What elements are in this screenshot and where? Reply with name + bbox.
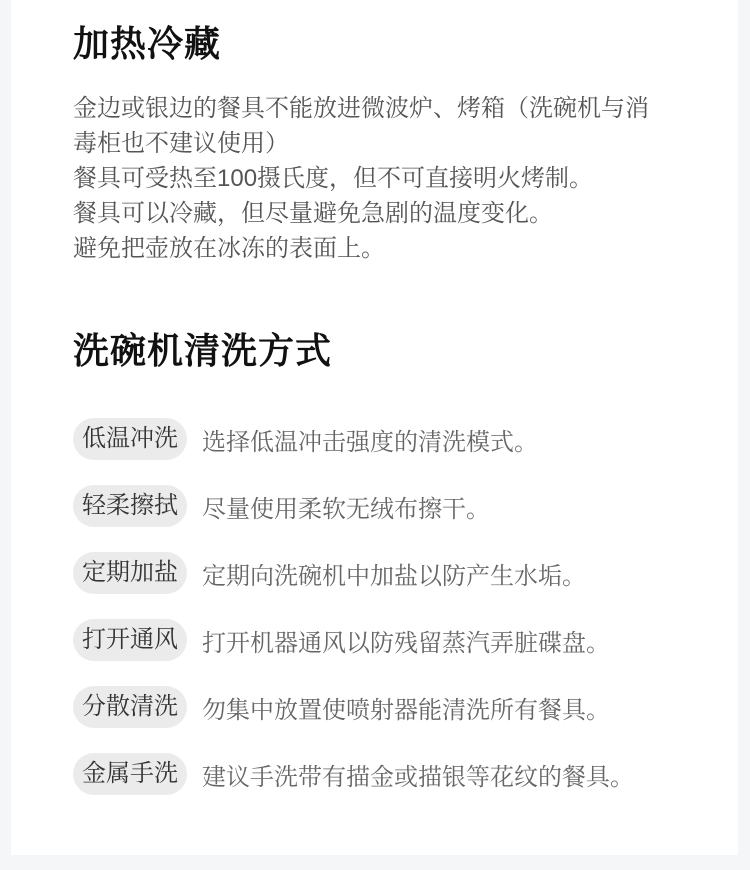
section-heating-title: 加热冷藏: [73, 22, 682, 65]
care-tip-tag: 打开通风: [73, 619, 187, 661]
care-tip-tag: 低温冲洗: [73, 418, 187, 460]
care-tip-description: 尽量使用柔软无绒布擦干。: [202, 489, 490, 524]
care-tip-description: 打开机器通风以防残留蒸汽弄脏碟盘。: [202, 623, 610, 658]
care-tip-row: 定期加盐 定期向洗碗机中加盐以防产生水垢。: [73, 552, 682, 594]
section-dishwasher-title: 洗碗机清洗方式: [73, 329, 682, 372]
dishwasher-tip-list: 低温冲洗 选择低温冲击强度的清洗模式。 轻柔擦拭 尽量使用柔软无绒布擦干。 定期…: [73, 418, 682, 795]
heating-instructions: 金边或银边的餐具不能放进微波炉、烤箱（洗碗机与消毒柜也不建议使用） 餐具可受热至…: [73, 91, 658, 266]
care-instructions-card: 加热冷藏 金边或银边的餐具不能放进微波炉、烤箱（洗碗机与消毒柜也不建议使用） 餐…: [11, 0, 738, 855]
care-tip-tag: 轻柔擦拭: [73, 485, 187, 527]
care-tip-row: 低温冲洗 选择低温冲击强度的清洗模式。: [73, 418, 682, 460]
instruction-line: 避免把壶放在冰冻的表面上。: [73, 231, 658, 266]
page-background: 加热冷藏 金边或银边的餐具不能放进微波炉、烤箱（洗碗机与消毒柜也不建议使用） 餐…: [0, 0, 750, 870]
instruction-line: 餐具可以冷藏，但尽量避免急剧的温度变化。: [73, 196, 658, 231]
care-tip-description: 定期向洗碗机中加盐以防产生水垢。: [202, 556, 586, 591]
care-tip-tag: 定期加盐: [73, 552, 187, 594]
care-tip-row: 轻柔擦拭 尽量使用柔软无绒布擦干。: [73, 485, 682, 527]
care-tip-tag: 金属手洗: [73, 753, 187, 795]
instruction-line: 金边或银边的餐具不能放进微波炉、烤箱（洗碗机与消毒柜也不建议使用）: [73, 91, 658, 161]
page-footer-gap: [0, 855, 750, 870]
instruction-line: 餐具可受热至100摄氏度，但不可直接明火烤制。: [73, 161, 658, 196]
care-tip-description: 选择低温冲击强度的清洗模式。: [202, 422, 538, 457]
care-tip-row: 金属手洗 建议手洗带有描金或描银等花纹的餐具。: [73, 753, 682, 795]
care-tip-description: 勿集中放置使喷射器能清洗所有餐具。: [202, 690, 610, 725]
section-heating: 加热冷藏 金边或银边的餐具不能放进微波炉、烤箱（洗碗机与消毒柜也不建议使用） 餐…: [73, 22, 682, 266]
section-dishwasher: 洗碗机清洗方式 低温冲洗 选择低温冲击强度的清洗模式。 轻柔擦拭 尽量使用柔软无…: [73, 329, 682, 795]
care-tip-row: 打开通风 打开机器通风以防残留蒸汽弄脏碟盘。: [73, 619, 682, 661]
care-tip-description: 建议手洗带有描金或描银等花纹的餐具。: [202, 757, 634, 792]
care-tip-tag: 分散清洗: [73, 686, 187, 728]
care-tip-row: 分散清洗 勿集中放置使喷射器能清洗所有餐具。: [73, 686, 682, 728]
